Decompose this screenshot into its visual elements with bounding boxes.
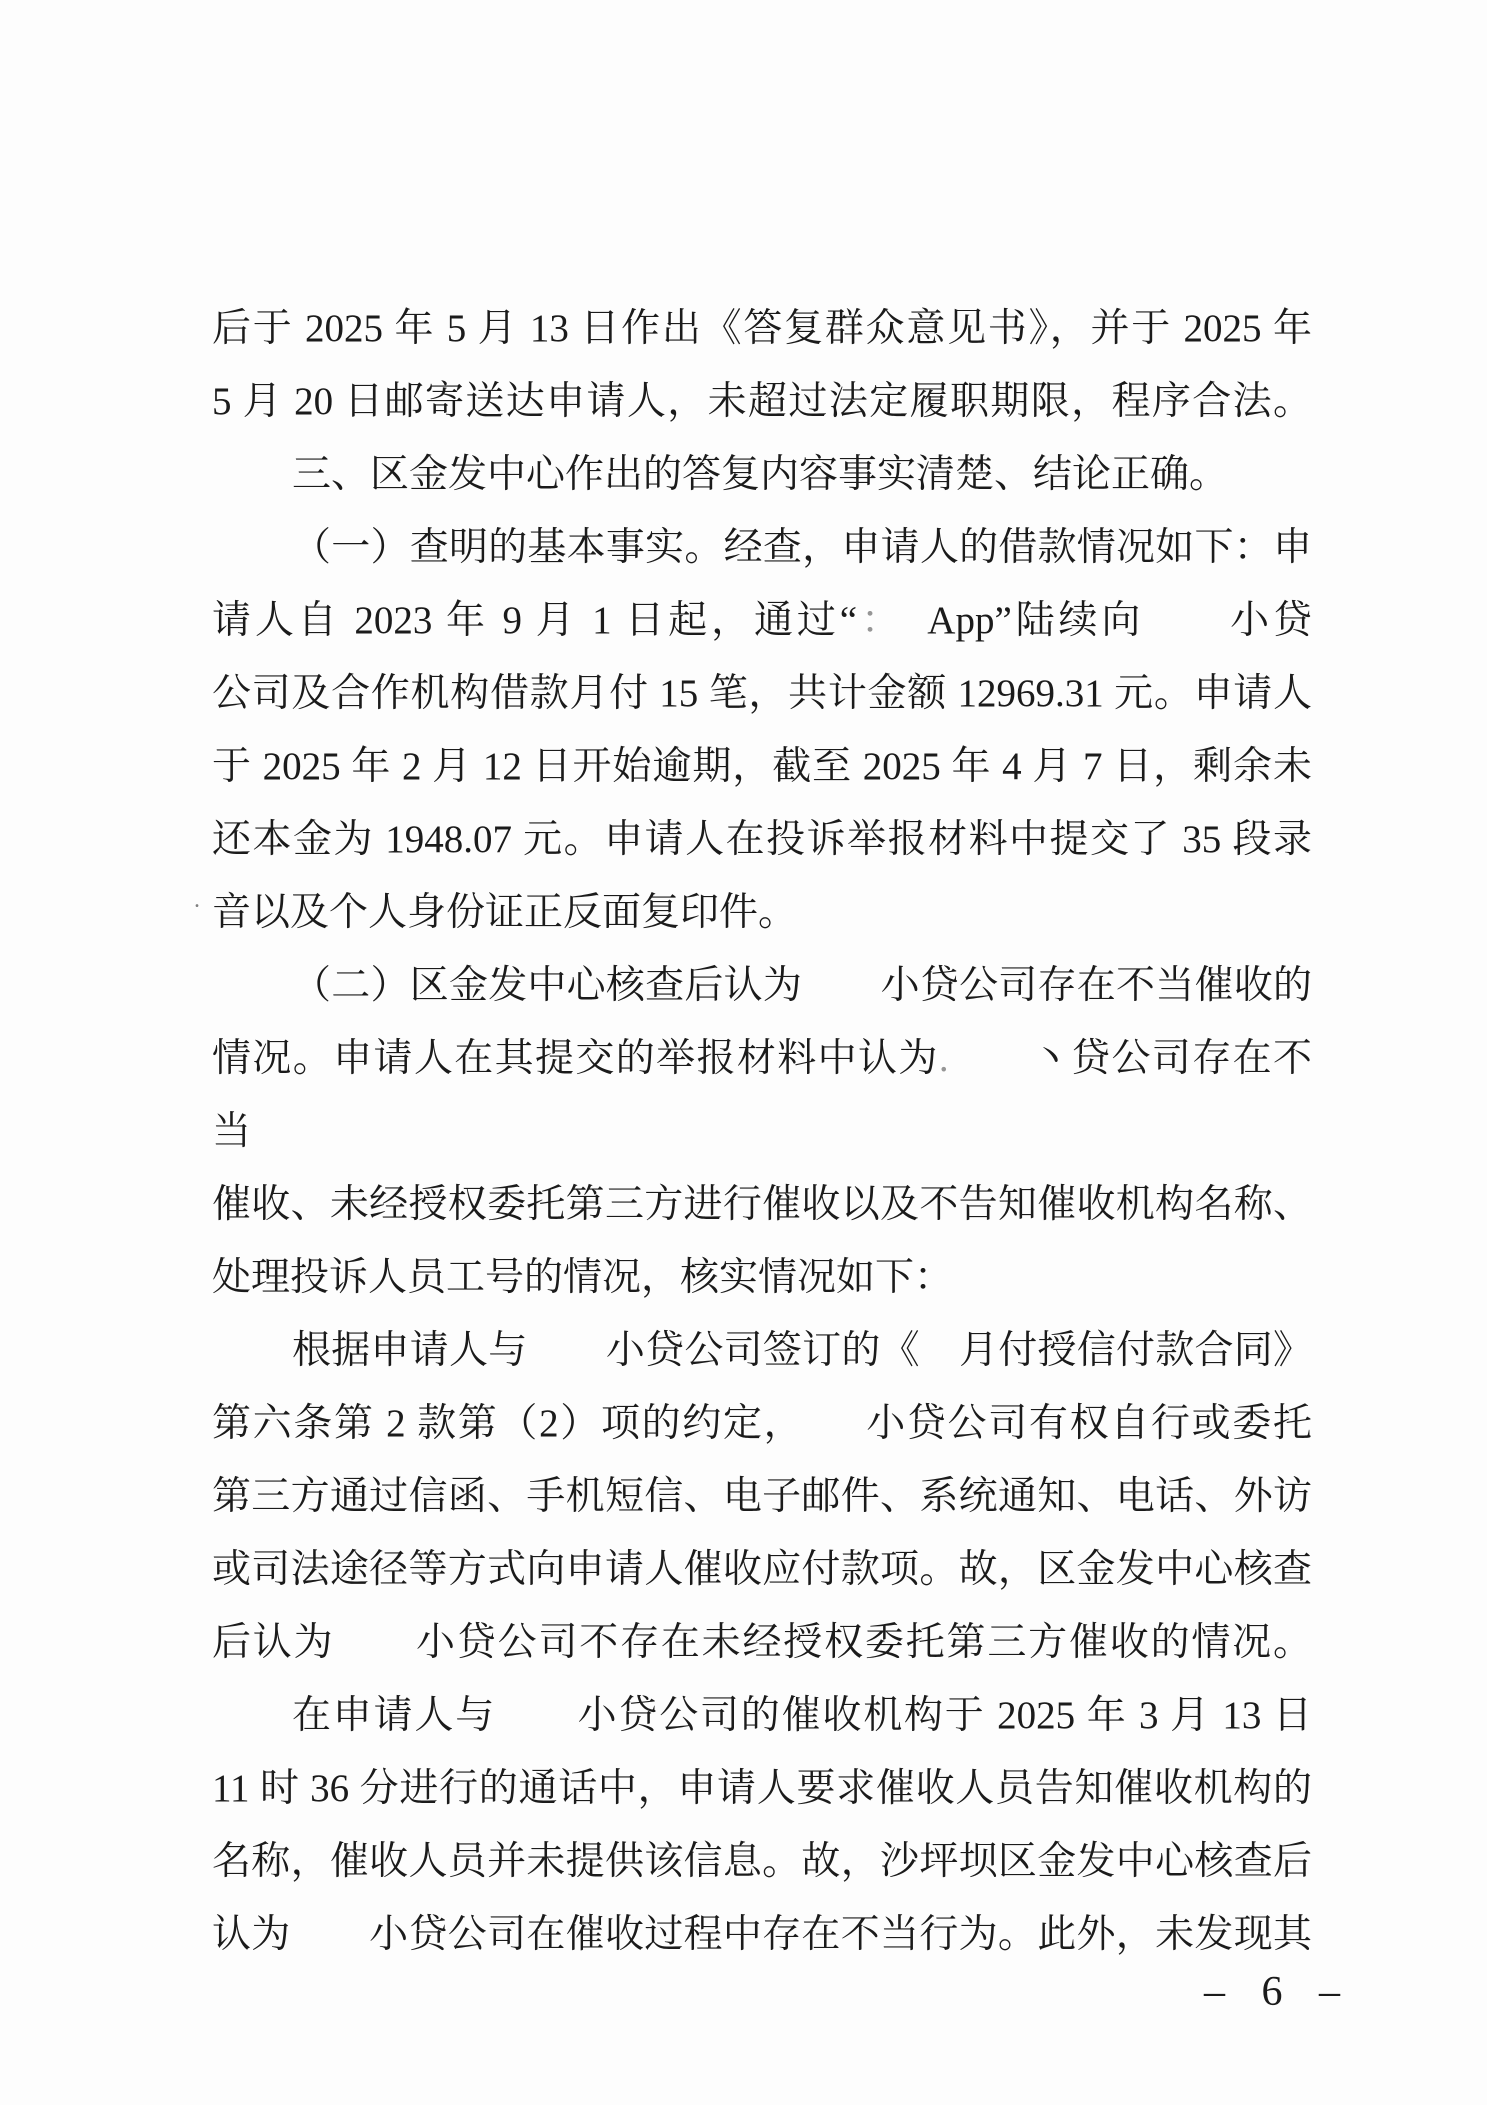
doc-line: （二）区金发中心核查后认为 小贷公司存在不当催收的 [212,949,1312,1022]
doc-line: 催收、未经授权委托第三方进行催收以及不告知催收机构名称、 [212,1168,1312,1241]
doc-line: 11 时 36 分进行的通话中，申请人要求催收人员告知催收机构的 [212,1752,1312,1825]
doc-line: 公司及合作机构借款月付 15 笔，共计金额 12969.31 元。申请人 [212,657,1312,730]
doc-line-text: 音以及个人身份证正反面复印件。 [212,891,797,934]
redaction-remnant-mark: ： [857,599,884,642]
doc-line: 或司法途径等方式向申请人催收应付款项。故，区金发中心核查 [212,1533,1312,1606]
doc-line: 在申请人与 小贷公司的催收机构于 2025 年 3 月 13 日 [212,1679,1312,1752]
doc-line: 根据申请人与 小贷公司签订的《 月付授信付款合同》 [212,1314,1312,1387]
doc-line: 三、区金发中心作出的答复内容事实清楚、结论正确。 [212,438,1312,511]
doc-line: 于 2025 年 2 月 12 日开始逾期，截至 2025 年 4 月 7 日，… [212,730,1312,803]
doc-line: .音以及个人身份证正反面复印件。 [212,876,1312,949]
doc-line: 后认为 小贷公司不存在未经授权委托第三方催收的情况。 [212,1606,1312,1679]
document-body: 后于 2025 年 5 月 13 日作出《答复群众意见书》，并于 2025 年 … [212,292,1312,1971]
doc-line: 情况。申请人在其提交的举报材料中认为. 丶贷公司存在不当 [212,1022,1312,1168]
doc-line: 后于 2025 年 5 月 13 日作出《答复群众意见书》，并于 2025 年 [212,292,1312,365]
stray-scan-dot: . [194,864,200,937]
doc-line: 请人自 2023 年 9 月 1 日起，通过“： App”陆续向 小贷 [212,584,1312,657]
doc-line: 第六条第 2 款第（2）项的约定， 小贷公司有权自行或委托 [212,1387,1312,1460]
doc-line: 处理投诉人员工号的情况，核实情况如下： [212,1241,1312,1314]
doc-line: 第三方通过信函、手机短信、电子邮件、系统通知、电话、外访 [212,1460,1312,1533]
doc-line-text: 请人自 2023 年 9 月 1 日起，通过“ [212,599,857,642]
doc-line: 还本金为 1948.07 元。申请人在投诉举报材料中提交了 35 段录 [212,803,1312,876]
doc-line: （一）查明的基本事实。经查，申请人的借款情况如下：申 [212,511,1312,584]
doc-line-text: App”陆续向 小贷 [884,599,1312,642]
page-number: – 6 – [1204,1968,1350,2016]
doc-line: 认为 小贷公司在催收过程中存在不当行为。此外，未发现其 [212,1898,1312,1971]
doc-line-text: 情况。申请人在其提交的举报材料中认为 [212,1037,939,1080]
doc-line: 5 月 20 日邮寄送达申请人，未超过法定履职期限，程序合法。 [212,365,1312,438]
redaction-remnant-mark: . [939,1037,949,1080]
doc-line: 名称，催收人员并未提供该信息。故，沙坪坝区金发中心核查后 [212,1825,1312,1898]
